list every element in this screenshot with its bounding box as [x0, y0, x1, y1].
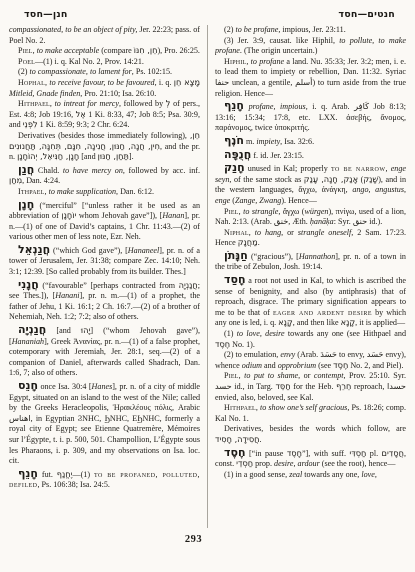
text-run: תַּחַן, חַנּוּן: [98, 151, 129, 161]
text-run: ),: [328, 207, 335, 216]
text-run: impiety: [256, 137, 280, 146]
text-run: desire, ardour: [274, 459, 320, 468]
right-column: (2) to be profane, impious, Jer. 23:11.(…: [215, 25, 406, 531]
text-run: , twice: [251, 123, 275, 132]
running-heads: חנן—חסד חנטים—חסד: [0, 0, 415, 23]
text-run: كَافِر: [354, 101, 369, 111]
text-run: ango, angustus: [352, 185, 404, 194]
paragraph: (3) Jer. 3:9, causat. like Hiphil, to po…: [215, 36, 406, 57]
text-run: to have mercy on: [63, 166, 123, 175]
text-run: יֶחֱנַף: [57, 469, 73, 479]
text-run: , or: [281, 228, 298, 237]
text-run: to receive favour, to be favoured: [49, 78, 154, 87]
text-run: Zange, Zwang: [235, 196, 281, 205]
text-run: to hang: [255, 228, 281, 237]
paragraph: Hiphil, to profane a land. Nu. 35:33; Je…: [215, 57, 406, 99]
text-run: מָצָא חֵן: [174, 77, 200, 87]
lexicon-entry: חָנֵף profane, impious, i. q. Arab. كَاف…: [215, 102, 406, 134]
text-run: whom Jehovah gave”]), [: [76, 211, 162, 220]
text-run: חַסֵּד: [275, 381, 290, 391]
text-run: .: [308, 123, 310, 132]
text-run: מַחֲנָק: [238, 237, 258, 247]
text-run: unclean, a gentile,: [229, 78, 295, 87]
text-run: (“gracious”), [: [248, 252, 299, 261]
text-run: .: [259, 435, 261, 444]
text-run: ), Pro. 26:25.: [157, 46, 200, 55]
text-run: Piel: [224, 371, 239, 380]
text-run: ). Hence—: [281, 196, 317, 205]
paragraph: Poel—(1) i. q. Kal No. 2, Prov. 14:21.: [9, 57, 200, 68]
text-run: Hophal: [18, 78, 45, 87]
entry-headword: חָנֵף: [18, 467, 38, 480]
text-run: اهناس: [9, 413, 31, 423]
text-run: Ithpael: [18, 187, 45, 196]
lexicon-entry: חָנַק unused in Kal; properly to be narr…: [215, 164, 406, 206]
text-run: , impious, Jer. 23:11.: [278, 25, 345, 34]
paragraph: (2) to emulation, envy (Arab. حَسَدَ to …: [215, 350, 406, 371]
text-run: strangle oneself: [298, 228, 351, 237]
text-run: towards any one (see Hithpael and: [285, 329, 406, 338]
text-run: [“in pause: [246, 449, 287, 458]
running-head-left: חנן—חסד: [24, 9, 68, 20]
paragraph: (1) to love, desire towards any one (see…: [215, 329, 406, 350]
entry-headword: חֲנַנְאֵל: [18, 243, 50, 256]
text-run: חַסְדֵי: [236, 458, 253, 468]
text-run: קָנָא: [341, 317, 356, 327]
text-run: to love, desire: [237, 329, 285, 338]
text-run: zeal: [289, 470, 302, 479]
paragraph: Hophal, to receive favour, to be favoure…: [9, 78, 200, 99]
text-run: ἄγχω, ἀνάγκη: [298, 185, 345, 194]
text-run: حسدا: [387, 381, 406, 391]
text-run: to profane: [251, 57, 284, 66]
text-run: חַסְדִּי: [349, 448, 366, 458]
text-run: —(1): [73, 470, 94, 479]
text-run: —(1) i. q. Kal No. 2, Prov. 14:21.: [35, 57, 144, 66]
text-columns: compassionated, to be an object of pity,…: [0, 23, 415, 531]
text-run: No. 1).: [230, 340, 255, 349]
text-run: خنق: [274, 216, 288, 226]
text-run: [and: [79, 152, 97, 161]
text-run: (see the root), hence—: [320, 459, 396, 468]
paragraph: (2) to compassionate, to lament for, Ps.…: [9, 67, 200, 78]
entry-headword: חָנַק: [224, 161, 245, 174]
text-run: ḥanāḳa: [310, 217, 334, 226]
text-run: ϨΝΗϹ, ϦΝΗϹ, ΕϦΝΗϹ: [78, 414, 160, 423]
text-run: Derivatives, besides the words which fol…: [224, 424, 406, 433]
text-run: ], Greek: [44, 337, 73, 346]
text-run: , Dan. 6:12.: [116, 187, 154, 196]
lexicon-entry: חֲנַנְאֵל (“which God gave”), [Hananeel]…: [9, 246, 200, 278]
text-run: to put to shame: [244, 371, 298, 380]
text-run: envy: [280, 350, 295, 359]
text-run: ἄγχω: [283, 207, 300, 216]
text-run: pl.: [366, 449, 381, 458]
paragraph: Hithpael, to show one’s self gracious, P…: [215, 403, 406, 424]
paragraph: Ithpael, to make supplication, Dan. 6:12…: [9, 187, 200, 198]
text-run: 1 Ki. 8:59; 9:3; 2 Chr. 6:24.: [38, 120, 130, 129]
lexicon-entry: חֲנַן Chald. to have mercy on, followed …: [9, 166, 200, 187]
page-number: 293: [0, 534, 387, 545]
entry-headword: חָסַד: [224, 273, 246, 286]
text-run: m.: [244, 137, 256, 146]
lexicon-entry: חֲנַנְיָה [and יָהוּ] (“whom Jehovah gav…: [9, 326, 200, 379]
text-run: to compassionate, to lament for: [29, 67, 131, 76]
text-run: , i. q.: [155, 78, 174, 87]
paragraph: Piel, to strangle, ἄγχω (würgen), πνίγω,…: [215, 207, 406, 228]
text-run: חֲסִידָה, חָסִיד: [215, 434, 259, 444]
text-run: حَسَدَ: [320, 349, 337, 359]
text-run: contempt: [314, 371, 344, 380]
text-run: f. id. Jer. 23:15.: [251, 151, 304, 160]
text-run: יוֹחָנָן: [61, 210, 76, 220]
text-run: חָנָן, חַנִּיאֵל, יְהוֹחָנָן: [17, 151, 79, 161]
paragraph: Hithpael, to intreat for mercy, followed…: [9, 99, 200, 131]
text-run: fut.: [38, 470, 57, 479]
entry-headword: חָנֵף: [224, 99, 244, 112]
entry-headword: חֲנֻפָּה: [224, 148, 251, 161]
text-run: (1): [224, 329, 237, 338]
entry-headword: חַנָּתֹן: [224, 249, 248, 262]
text-run: ”], with suff.: [302, 449, 349, 458]
text-run: opprobrium: [278, 361, 316, 370]
text-run: once Isa. 30:4 [: [38, 382, 92, 391]
text-run: , followed by: [119, 99, 166, 108]
text-run: prop.: [253, 459, 274, 468]
text-run: odium: [242, 361, 262, 370]
text-run: Hanan: [162, 211, 184, 220]
paragraph: Derivatives, besides the words which fol…: [215, 424, 406, 445]
text-run: , Arabic: [172, 403, 200, 412]
text-run: (2) to emulation,: [224, 350, 280, 359]
text-run: No. 2, and Piel).: [348, 361, 403, 370]
text-run: (2): [224, 25, 235, 34]
text-run: , i. q. Arab.: [306, 102, 354, 111]
text-run: .: [258, 238, 260, 247]
text-run: ].: [129, 152, 134, 161]
text-run: enge: [215, 196, 230, 205]
text-run: . (The origin uncertain.): [240, 46, 318, 55]
lexicon-entry: חֲנֻפָּה f. id. Jer. 23:15.: [215, 151, 406, 162]
lexicon-entry: חָסַד a root not used in Kal, to which i…: [215, 276, 406, 329]
text-run: (“favourable” [perhaps contracted from: [39, 281, 179, 290]
text-run: , and then like: [293, 318, 341, 327]
text-run: Hithpael: [224, 403, 256, 412]
text-run: , Isa. 32:6.: [280, 137, 314, 146]
text-run: Hanes: [92, 382, 113, 391]
text-run: Derivatives (besides those immediately f…: [18, 131, 190, 140]
text-run: : Syr.: [334, 217, 353, 226]
text-run: unused in Kal; properly: [245, 164, 331, 173]
text-run: (see: [316, 361, 333, 370]
text-run: Niphal: [224, 228, 249, 237]
lexicon-entry: חָנָן (“merciful” [“unless rather it be …: [9, 201, 200, 243]
text-run: חֵן, חִנּוֹ: [134, 45, 158, 55]
text-run: אָנַק, חָנָה, עָנַק: [304, 174, 358, 184]
text-run: Poel: [18, 57, 35, 66]
text-run: Chald.: [34, 166, 63, 175]
text-run: אֶל: [76, 109, 86, 119]
text-run: , Ps. 106:38; Isa. 24:5.: [38, 480, 110, 489]
text-run: (“which God gave”), [: [50, 246, 128, 255]
lexicon-page: חנן—חסד חנטים—חסד compassionated, to be …: [0, 0, 415, 572]
text-run: , Dan. 4:24.: [22, 176, 60, 185]
text-run: and: [262, 361, 278, 370]
text-run: Hananeel: [128, 246, 159, 255]
text-run: , or: [298, 371, 314, 380]
text-run: to strangle: [243, 207, 278, 216]
text-run: Hanani: [55, 291, 79, 300]
text-run: Ἡρακλέους πόλις: [113, 403, 172, 412]
entry-headword: חָנָן: [18, 198, 34, 211]
text-run: , it is applied—: [355, 318, 405, 327]
text-run: profane, impious: [249, 102, 306, 111]
text-run: id., in Targ.: [232, 382, 276, 391]
text-run: reproach,: [351, 382, 387, 391]
lexicon-entry: חָנֵף fut. יֶחֱנַף—(1) to be profaned, p…: [9, 470, 200, 491]
left-column: compassionated, to be an object of pity,…: [9, 25, 200, 531]
text-run: to show one’s self gracious: [260, 403, 347, 412]
text-run: to intreat for mercy: [55, 99, 119, 108]
paragraph: Derivatives (besides those immediately f…: [9, 131, 200, 163]
text-run: חֲנַנְיָה: [179, 280, 198, 290]
text-run: حسد: [215, 381, 232, 391]
text-run: to make acceptable: [37, 46, 99, 55]
text-run: , Prov. 25:10. Syr.: [344, 371, 406, 380]
text-run: πνίγω: [336, 207, 355, 216]
text-run: ὑποκριτής: [275, 123, 308, 132]
text-run: (3) Jer. 3:9, causat. like Hiphil,: [224, 36, 339, 45]
text-run: , Ps. 102:15.: [132, 67, 172, 76]
text-run: Piel: [18, 46, 33, 55]
text-run: ,: [375, 470, 377, 479]
paragraph: Niphal, to hang, or strangle oneself, 2 …: [215, 228, 406, 249]
text-run: (1) in a good sense,: [224, 470, 289, 479]
entry-headword: חֲנָנִי: [18, 278, 39, 291]
text-run: , Pro. 21:10; Isa. 26:10.: [80, 89, 156, 98]
text-run: حَسَد: [367, 349, 384, 359]
text-run: Mitleid, Gnade finden: [9, 89, 80, 98]
text-run: würgen: [305, 207, 329, 216]
text-run: to envy,: [337, 350, 367, 359]
text-run: compassionated, to be an object of pity,: [9, 25, 139, 34]
text-run: to make supplication: [49, 187, 116, 196]
paragraph: Piel, to make acceptable (compare חֵן, ח…: [9, 46, 200, 57]
text-run: حنق: [353, 216, 367, 226]
text-run: (compare: [99, 46, 134, 55]
lexicon-entry: חֹנֶף m. impiety, Isa. 32:6.: [215, 137, 406, 148]
text-run: חֵרֵף: [336, 381, 351, 391]
text-run: Hiphil: [224, 57, 246, 66]
paragraph: (1) in a good sense, zeal towards any on…: [215, 470, 406, 481]
text-run: Hananiah: [12, 337, 44, 346]
entry-headword: חֶסֶד: [224, 446, 246, 459]
text-run: envied, also, beloved, see Kal.: [215, 393, 313, 402]
entry-headword: חֲנַנְיָה: [18, 323, 46, 336]
text-run: for the Heb.: [291, 382, 337, 391]
text-run: [and: [46, 326, 81, 335]
lexicon-entry: חָנֵס once Isa. 30:4 [Hanes], pr. n. of …: [9, 382, 200, 467]
text-run: ,: [404, 185, 406, 194]
text-run: חָסֶד: [287, 448, 302, 458]
text-run: أسلم: [295, 77, 312, 87]
text-run: , followed by acc. inf.: [123, 166, 200, 175]
text-run: Hithpael: [18, 99, 50, 108]
text-run: to be profane: [235, 25, 278, 34]
column-divider-rule: [207, 25, 208, 528]
text-run: , Æth.: [288, 217, 310, 226]
text-run: (Arab.: [295, 350, 320, 359]
text-run: حنفا: [215, 77, 229, 87]
paragraph: (2) to be profane, impious, Jer. 23:11.: [215, 25, 406, 36]
text-run: Piel: [224, 207, 239, 216]
text-run: קָנָא: [278, 317, 293, 327]
text-run: מִחַן: [9, 175, 22, 185]
entry-headword: חָנֵס: [18, 379, 38, 392]
text-run: id.).: [367, 217, 382, 226]
text-run: eager and ardent desire: [273, 308, 372, 317]
text-run: Ἀνανίας: [73, 337, 100, 346]
text-run: to be narrow: [331, 164, 386, 173]
text-run: love: [361, 470, 374, 479]
text-run: , of the same stock as: [229, 175, 303, 184]
lexicon-entry: חֶסֶד [“in pause חָסֶד”], with suff. חַס…: [215, 449, 406, 470]
entry-headword: חֹנֶף: [224, 134, 244, 147]
text-run: חֶסֶד: [333, 360, 348, 370]
lexicon-entry: חֲנָנִי (“favourable” [perhaps contracte…: [9, 281, 200, 323]
text-run: חֲסָדִים: [382, 448, 404, 458]
entry-headword: חֲנַן: [18, 163, 34, 176]
paragraph: Piel, to put to shame, or contempt, Prov…: [215, 371, 406, 403]
text-run: לִפְנֵי: [23, 119, 38, 129]
running-head-right: חנטים—חסד: [338, 9, 395, 20]
text-run: חֶסֶד: [215, 339, 230, 349]
text-run: , in Egyptian: [31, 414, 78, 423]
paragraph: compassionated, to be an object of pity,…: [9, 25, 200, 46]
text-run: שָׁנַק: [363, 174, 378, 184]
text-run: יָהוּ: [81, 325, 90, 335]
lexicon-entry: חַנָּתֹן (“gracious”), [Hannathon], pr. …: [215, 252, 406, 273]
text-run: Hannathon: [299, 252, 335, 261]
text-run: (2): [18, 67, 29, 76]
text-run: towards any one,: [302, 470, 361, 479]
